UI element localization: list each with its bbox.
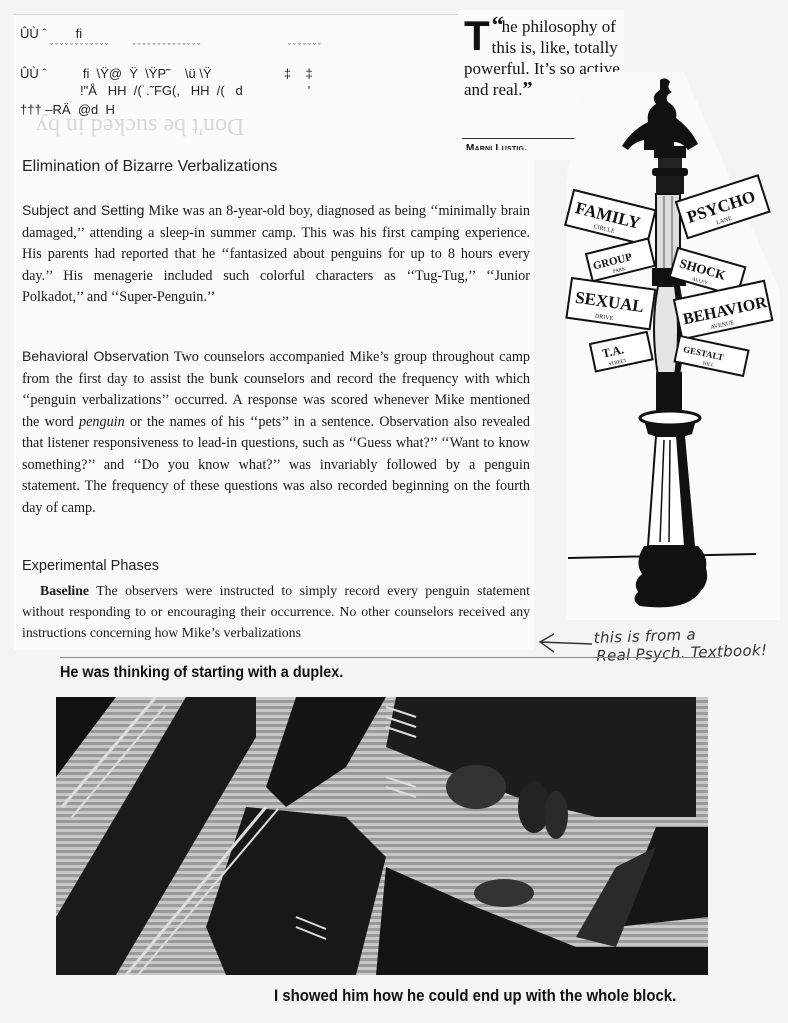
- header-line-2: ˇˇˇˇˇˇˇˇˇˇˇˇ ˇˇˇˇˇˇˇˇˇˇˇˇˇˇ ˇˇˇˇˇˇˇ: [50, 43, 323, 52]
- arrow-left-icon: [536, 630, 596, 660]
- aerial-photo: [56, 697, 708, 975]
- cartoon-top-caption: He was thinking of starting with a duple…: [60, 664, 343, 682]
- paragraph-lead: Baseline: [40, 583, 89, 598]
- signpost-illustration: FAMILY CIRCLE PSYCHO LANE GROUP PARK SHO…: [560, 72, 788, 620]
- handwritten-annotation: this is from a Real Psych. Textbook!: [536, 624, 788, 674]
- section-title: Elimination of Bizarre Verbalizations: [22, 158, 277, 176]
- paragraph-subject-setting: Subject and Setting Mike was an 8-year-o…: [22, 200, 530, 309]
- paragraph-body: The observers were instructed to simply …: [22, 583, 530, 640]
- paragraph-baseline: Baseline The observers were instructed t…: [22, 580, 530, 643]
- open-quote-mark: “: [492, 13, 502, 39]
- close-quote-mark: ”: [523, 78, 533, 100]
- paragraph-lead: Subject and Setting: [22, 202, 144, 218]
- header-line-3: ÛÙ ˆ fi \Ÿ@ Ÿ \ŸP˜ \ü \Ÿ ‡ ‡: [20, 67, 313, 80]
- subsection-title: Experimental Phases: [22, 558, 159, 574]
- header-line-1: ÛÙ ˆ fi: [20, 27, 82, 40]
- paragraph-body: Mike was an 8-year-old boy, diagnosed as…: [22, 203, 530, 305]
- cartoon-bottom-caption: I showed him how he could end up with th…: [274, 986, 676, 1006]
- paragraph-lead: Behavioral Observation: [22, 348, 169, 364]
- handwritten-text: this is from a Real Psych. Textbook!: [593, 623, 767, 665]
- bleed-through-text: Don't be sucked in by: [36, 112, 244, 139]
- textbook-excerpt: Elimination of Bizarre Verbalizations Su…: [14, 150, 534, 650]
- drop-cap: T: [464, 18, 490, 54]
- header-line-4: !"Å HH /(˙.˜FG(, HH /( d ': [80, 84, 310, 97]
- signpost-drawing: FAMILY CIRCLE PSYCHO LANE GROUP PARK SHO…: [560, 72, 788, 620]
- aerial-photo-image: [56, 697, 708, 975]
- divider-line: [60, 657, 720, 658]
- italic-word: penguin: [79, 414, 125, 430]
- paragraph-behavioral-observation: Behavioral Observation Two counselors ac…: [22, 346, 530, 519]
